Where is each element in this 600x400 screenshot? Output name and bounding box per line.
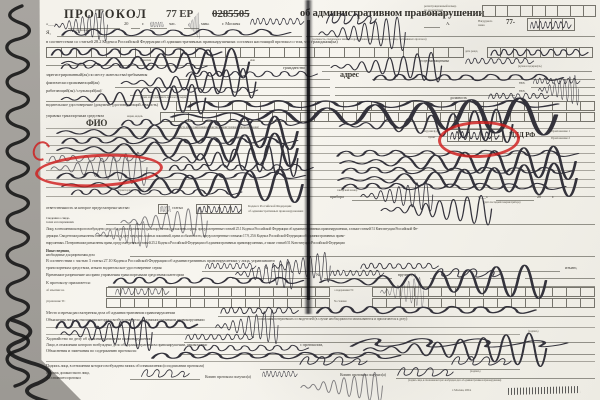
- rights-line3: нарушениях. Потерпевшим разъяснены права…: [46, 242, 344, 246]
- works-label: работающий(ая) /служащий(ая)/: [46, 89, 102, 93]
- kodeks-label1: Кодекса Российской Федерации: [248, 205, 291, 209]
- seizure-line2: транспортным средством, изъято водительс…: [46, 266, 162, 270]
- copy-received-label-left: Копию протокола получил(а): [205, 375, 251, 379]
- handwriting-signature: [450, 356, 512, 366]
- reg-number-cells: [482, 5, 596, 17]
- blank-line: [130, 379, 200, 380]
- handwriting-license: [185, 99, 565, 109]
- handwriting-scrawl: [250, 17, 305, 26]
- handwriting-signature: [140, 369, 190, 378]
- intro-text: в соответствии со статьей 28.2 Кодекса Р…: [46, 40, 338, 45]
- handwriting-scrawl: [115, 287, 170, 296]
- handwriting-scrawl: [338, 157, 583, 166]
- ruled-line: [46, 196, 595, 197]
- handwriting-scrawl: [220, 306, 300, 315]
- handwriting-dob: [490, 48, 590, 57]
- device-label2: прибора: [330, 195, 344, 199]
- g-label: г.: [142, 22, 144, 27]
- handwriting-scrawl: [300, 382, 385, 390]
- grid-right-label2: № стоянки: [334, 300, 346, 303]
- handwriting-scrawl: [95, 230, 150, 237]
- handwriting-scrawl: [318, 28, 408, 37]
- handwriting-scrawl: [325, 13, 377, 25]
- responsibility-label: ответственность за которое предусмотрена…: [46, 206, 129, 210]
- handwriting-scrawl: [215, 321, 280, 330]
- sign-person-label: Подпись лица, в отношении которого возбу…: [46, 364, 204, 368]
- blank-line: [424, 27, 440, 28]
- grid-right-label1: о задержании ТС: [334, 289, 354, 292]
- handwriting-scrawl: [360, 191, 435, 199]
- city-label: г. Москвы: [222, 22, 240, 27]
- blank-line: [322, 71, 592, 72]
- form-series: 77 ЕР: [166, 9, 193, 20]
- blank-line: [260, 369, 520, 370]
- device-year: 20: [537, 195, 541, 199]
- handwriting-scrawl: [120, 217, 210, 225]
- signature-sub2: (подпись): [470, 371, 480, 374]
- handwriting-scrawl: [262, 370, 298, 378]
- article-label: статьи: [172, 206, 183, 210]
- handwriting-scrawl: [185, 70, 320, 78]
- handwriting-scrawl: [55, 127, 305, 136]
- form-number-struck: 0285505: [212, 9, 249, 20]
- scanned-protocol-document: ПРОТОКОЛ 77 ЕР 0285505 об административн…: [0, 0, 600, 400]
- handwriting-scrawl: [162, 154, 302, 163]
- hour-label: час.: [169, 22, 176, 27]
- grid-left-label2: управление ТС: [46, 300, 65, 303]
- handwriting-scrawl: [330, 62, 445, 70]
- print-footer: г. Москва, 2004.: [452, 389, 471, 392]
- handwriting-badge-digits: [530, 20, 572, 30]
- handwriting-article: [198, 205, 242, 214]
- seizure-iziato: изъято,: [565, 266, 577, 270]
- handwriting-scrawl: [185, 333, 255, 341]
- handwriting-signature: [298, 356, 368, 366]
- handwriting-scrawl: [70, 188, 245, 196]
- explanation-label2: показания потерпевших и свидетелей (в сл…: [258, 318, 408, 322]
- badge-prefix: 77-: [506, 19, 515, 26]
- address-label: адрес: [340, 71, 359, 79]
- margin-scrawl-bottom: [0, 312, 68, 400]
- blank-line: [130, 256, 595, 257]
- narushil-label: нарушил(а): [423, 130, 438, 133]
- handwriting-scrawl: [60, 28, 295, 37]
- handwriting-scrawl: [150, 21, 164, 28]
- ya-label: Я,: [46, 31, 51, 36]
- badge-a: А.: [446, 22, 450, 27]
- prilozhenie2-label: Приложение 2: [551, 137, 570, 140]
- blank-line: [335, 87, 515, 88]
- badge-label2: знака: [478, 24, 485, 27]
- prilozhenie1-label: Приложение 1: [551, 130, 570, 133]
- handwriting-scrawl: [465, 57, 535, 65]
- handwriting-scrawl: [380, 205, 495, 213]
- handwriting-scrawl: [112, 276, 307, 285]
- year-label: 20: [124, 22, 128, 27]
- handwriting-scrawl: [340, 182, 570, 191]
- handwriting-scrawl: [60, 62, 210, 70]
- device-g: г.: [552, 195, 554, 199]
- handwriting-scrawl: [318, 276, 553, 285]
- kodeks-label2: об административных правонарушениях: [248, 210, 303, 214]
- handwriting-scrawl: [188, 21, 200, 28]
- rights-line2: дерации. Свидетелям разъяснены ответстве…: [46, 235, 345, 239]
- reg-number-label3: «Админ. практика»: [424, 13, 450, 16]
- attach-label: К протоколу прилагается:: [46, 281, 91, 285]
- handwriting-scrawl: [380, 287, 425, 295]
- copy-received-sub: (подпись лица, в отношении которого возб…: [408, 380, 501, 383]
- handwriting-scrawl: [120, 78, 260, 86]
- resides-label: фактически проживающий(ая): [46, 81, 99, 85]
- dob-label: дата рожд.: [465, 50, 478, 53]
- handwriting-scrawl: [315, 305, 540, 315]
- handwriting-part: [160, 205, 171, 213]
- form-title: ПРОТОКОЛ: [64, 8, 147, 21]
- handwriting-surname: [50, 47, 225, 57]
- handwriting-signature: [396, 367, 454, 377]
- handwriting-scrawl: [60, 328, 155, 337]
- underline-note: (нужное подчеркнуть): [518, 66, 542, 69]
- witnesses-label2: телях и потерпевших: [46, 221, 74, 224]
- grid-left-label1: об изъятии: на: [46, 289, 64, 292]
- license-label: водительское удостоверение (документ, уд…: [46, 103, 158, 107]
- punkt-label: пункт: [428, 136, 435, 139]
- fold-crease-core: [307, 20, 310, 300]
- registered-label: зарегистрированный(ая) по месту жительст…: [46, 73, 147, 77]
- minute-label: мин.: [201, 22, 209, 27]
